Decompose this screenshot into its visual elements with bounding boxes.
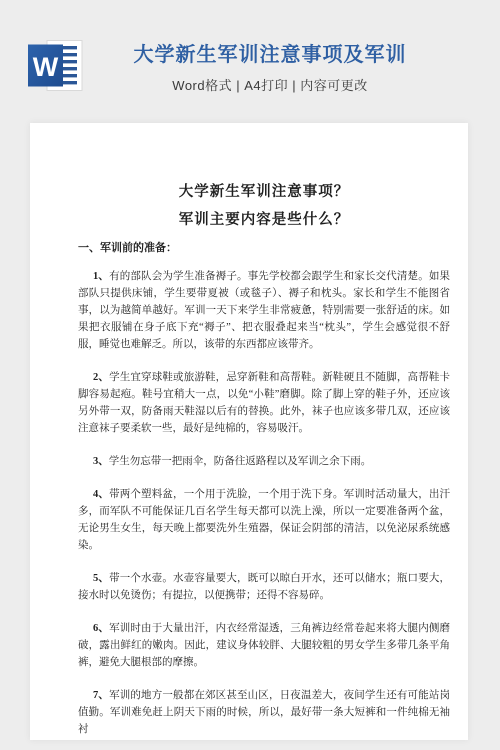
section-heading: 一、军训前的准备：: [78, 241, 450, 256]
paragraph-number: 2、: [93, 372, 109, 383]
paragraph-number: 3、: [93, 456, 109, 467]
doc-paragraph: 5、带一个水壶。水壶容量要大，既可以晾白开水，还可以储水；瓶口要大，接水时以免烫…: [78, 570, 450, 604]
paragraph-text: 军训时由于大量出汗，内衣经常湿透，三角裤边经常卷起来将大腿内侧磨破，露出鲜红的嫩…: [78, 623, 450, 668]
document-page: 大学新生军训注意事项？ 军训主要内容是些什么？ 一、军训前的准备： 1、有的部队…: [30, 123, 468, 740]
doc-paragraph: 6、军训时由于大量出汗，内衣经常湿透，三角裤边经常卷起来将大腿内侧磨破，露出鲜红…: [78, 620, 450, 671]
paragraph-text: 学生宜穿球鞋或旅游鞋，忌穿新鞋和高帮鞋。新鞋硬且不随脚，高帮鞋卡脚容易起疱。鞋号…: [78, 372, 450, 434]
header-title: 大学新生军训注意事项及军训: [88, 42, 452, 68]
word-icon: W: [27, 39, 84, 92]
doc-paragraph: 2、学生宜穿球鞋或旅游鞋，忌穿新鞋和高帮鞋。新鞋硬且不随脚，高帮鞋卡脚容易起疱。…: [78, 369, 450, 437]
paragraph-text: 带一个水壶。水壶容量要大，既可以晾白开水，还可以储水；瓶口要大，接水时以免烫伤；…: [78, 573, 450, 601]
header: W 大学新生军训注意事项及军训 Word格式 | A4打印 | 内容可更改: [0, 0, 500, 123]
doc-paragraph: 3、学生勿忘带一把雨伞，防备往返路程以及军训之余下雨。: [78, 453, 450, 470]
paragraph-number: 5、: [93, 573, 109, 584]
paragraph-number: 7、: [93, 690, 109, 701]
paragraph-number: 1、: [93, 271, 109, 282]
paragraph-text: 军训的地方一般都在郊区甚至山区，日夜温差大，夜间学生还有可能站岗值勤。军训难免赶…: [78, 690, 450, 735]
svg-text:W: W: [33, 52, 59, 82]
doc-paragraph: 7、军训的地方一般都在郊区甚至山区，日夜温差大，夜间学生还有可能站岗值勤。军训难…: [78, 687, 450, 738]
document-title-line2: 军训主要内容是些什么？: [78, 206, 450, 234]
doc-paragraph: 4、带两个塑料盆，一个用于洗脸，一个用于洗下身。军训时活动量大，出汗多，而军队不…: [78, 486, 450, 554]
paragraph-number: 4、: [93, 489, 109, 500]
paragraph-number: 6、: [93, 623, 109, 634]
document-title-line1: 大学新生军训注意事项？: [78, 178, 450, 206]
paragraph-text: 有的部队会为学生准备褥子。事先学校都会跟学生和家长交代清楚。如果部队只提供床铺，…: [78, 271, 450, 350]
header-subtitle: Word格式 | A4打印 | 内容可更改: [88, 75, 452, 94]
paragraph-text: 学生勿忘带一把雨伞，防备往返路程以及军训之余下雨。: [109, 456, 372, 467]
doc-paragraph: 1、有的部队会为学生准备褥子。事先学校都会跟学生和家长交代清楚。如果部队只提供床…: [78, 268, 450, 353]
header-text-block: 大学新生军训注意事项及军训 Word格式 | A4打印 | 内容可更改: [88, 42, 452, 94]
paragraph-text: 带两个塑料盆，一个用于洗脸，一个用于洗下身。军训时活动量大，出汗多，而军队不可能…: [78, 489, 450, 551]
